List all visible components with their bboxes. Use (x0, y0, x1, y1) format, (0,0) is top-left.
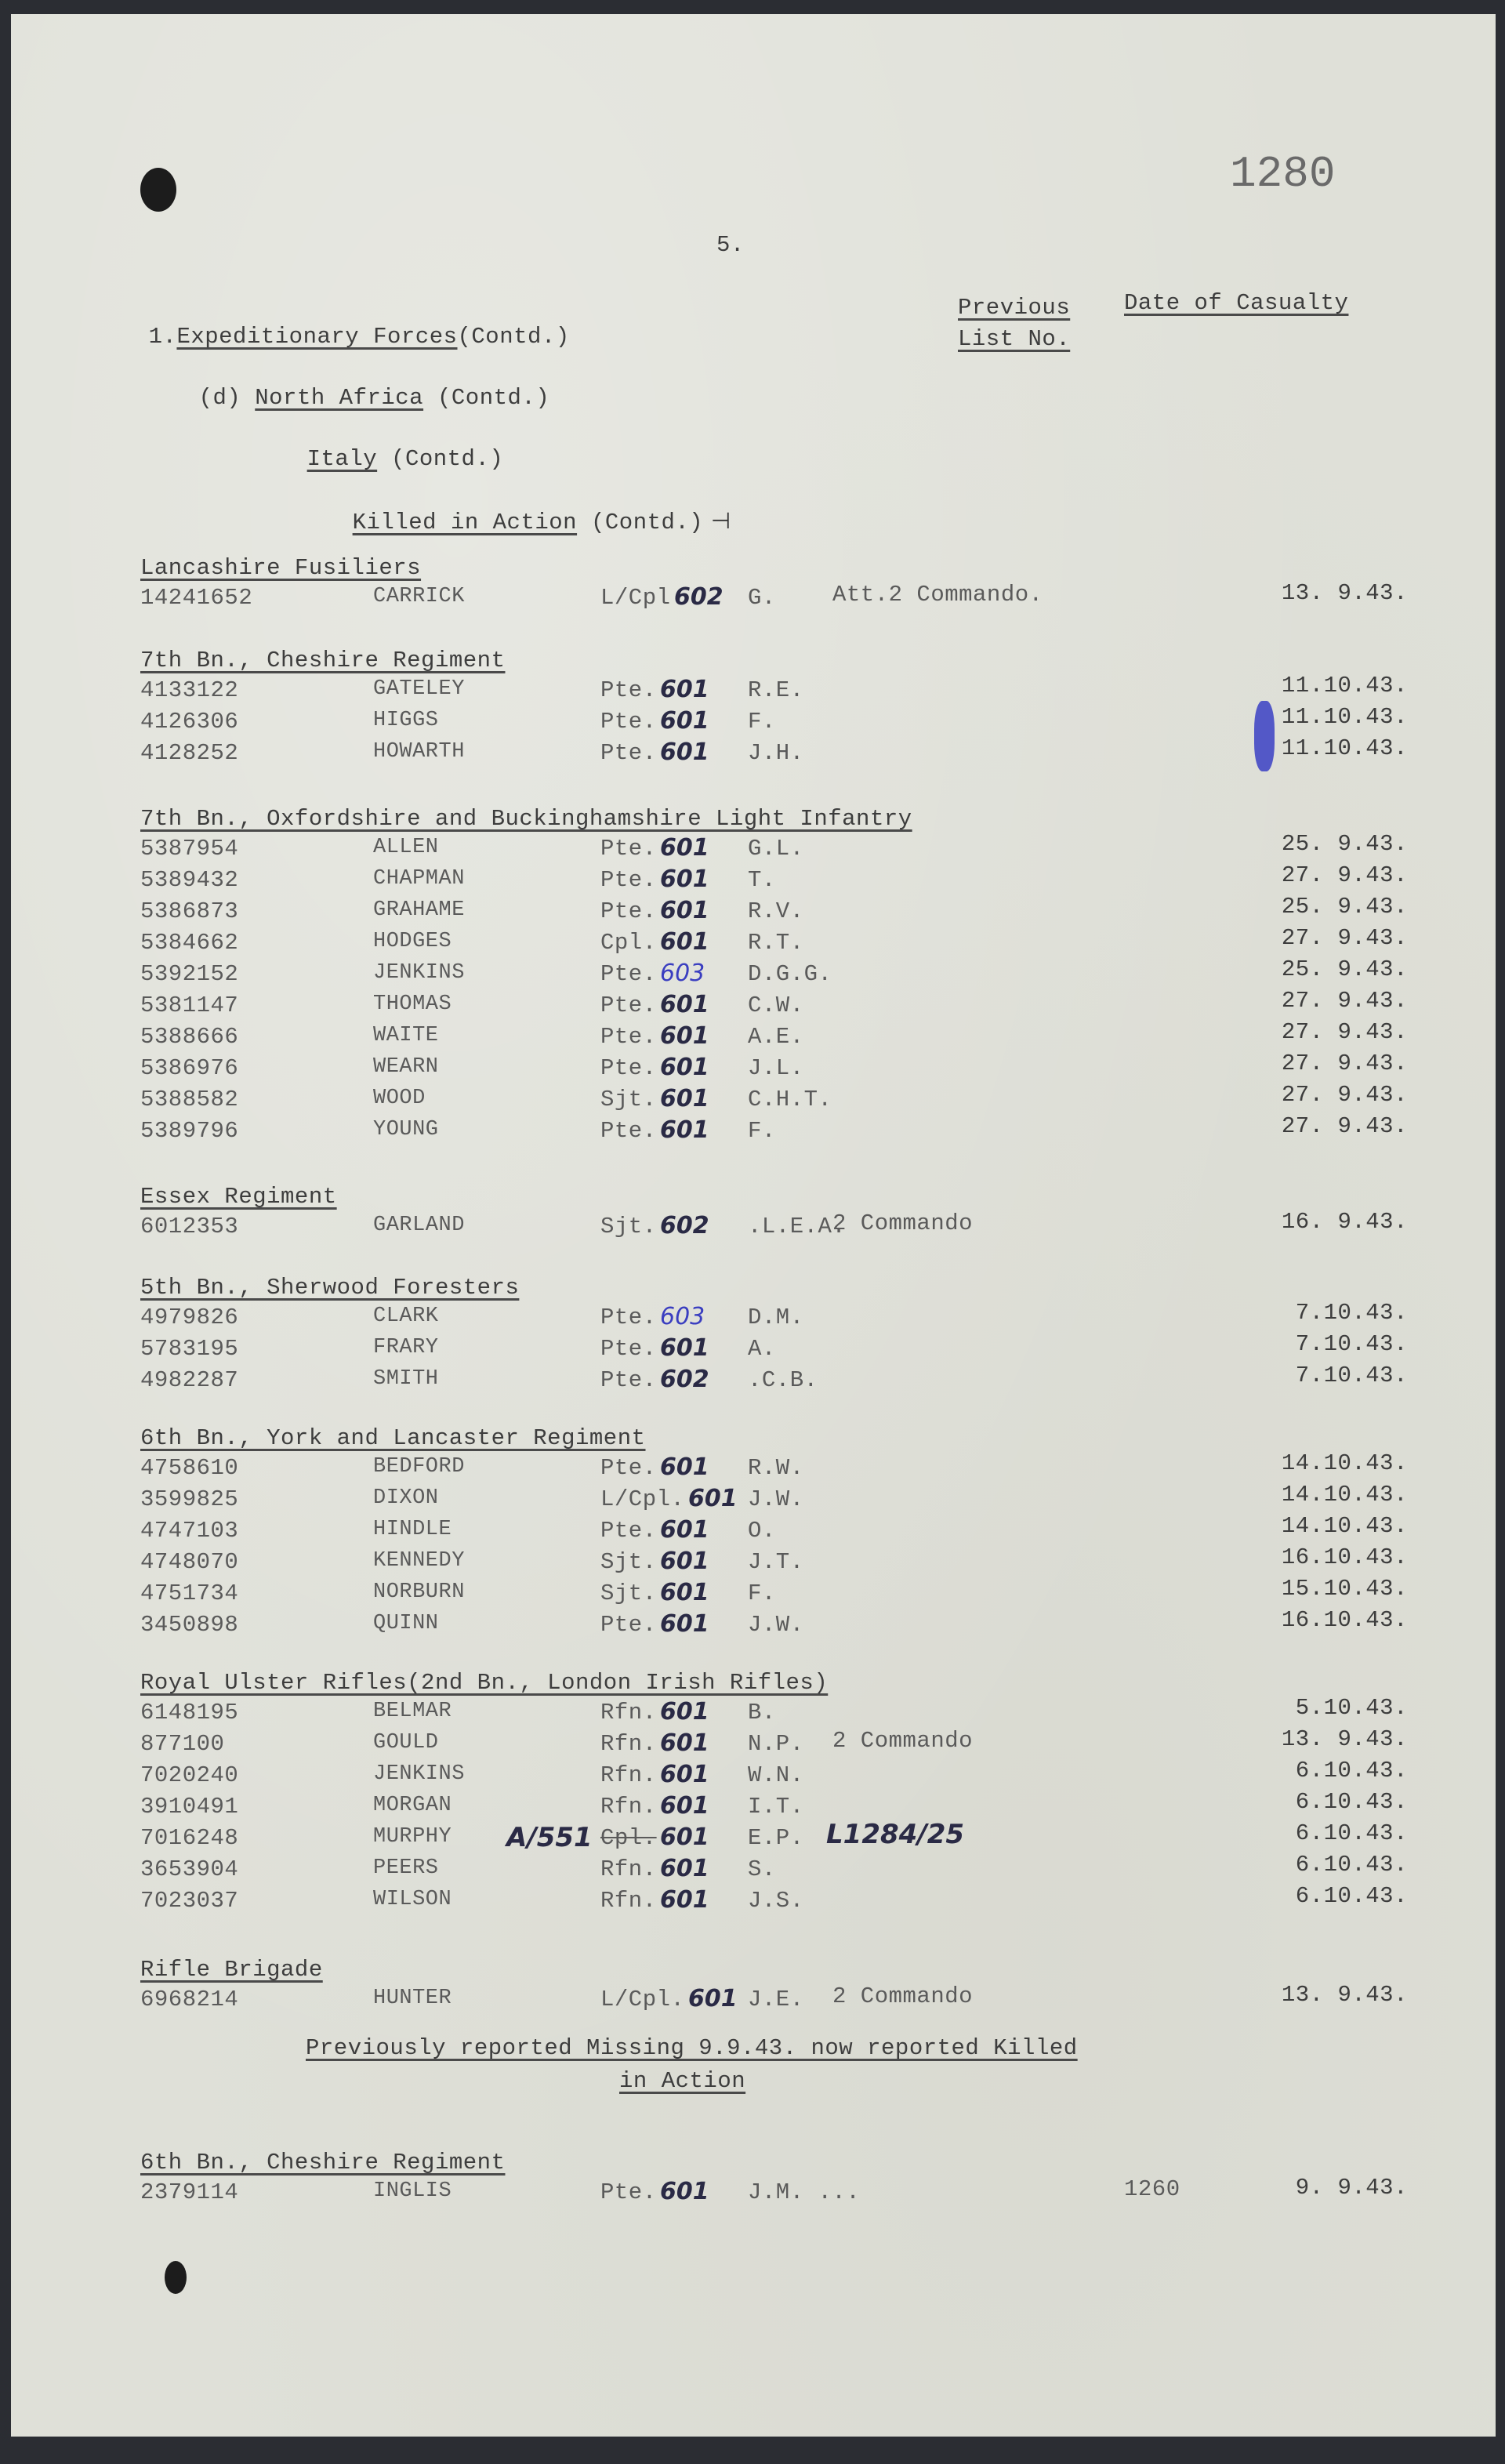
subheading-line1: Previously reported Missing 9.9.43. now … (306, 2035, 1078, 2061)
surname: FRARY (373, 1336, 439, 1359)
surname: YOUNG (373, 1118, 439, 1141)
surname: GARLAND (373, 1214, 465, 1237)
unit-heading: Essex Regiment (140, 1184, 337, 1210)
casualty-date: 6.10.43. (1296, 1789, 1408, 1815)
table-row: 5392152JENKINSPte.603D.G.G.25. 9.43. (11, 961, 1496, 992)
handwritten-code: 601 (660, 707, 709, 735)
casualty-date: 6.10.43. (1296, 1758, 1408, 1784)
handwritten-code: 601 (660, 1855, 709, 1882)
initials: J.M. ... (748, 2179, 860, 2205)
table-row: 877100GOULDRfn.601N.P.2 Commando13. 9.43… (11, 1731, 1496, 1762)
rank: Pte. (600, 836, 657, 862)
casualty-date: 14.10.43. (1282, 1482, 1408, 1508)
handwritten-code: 601 (688, 1485, 738, 1512)
rank: Pte. (600, 1055, 657, 1081)
rank: Rfn. (600, 1731, 657, 1757)
rank: Sjt. (600, 1549, 657, 1575)
surname: GRAHAME (373, 898, 465, 922)
handwritten-code: 601 (660, 1116, 709, 1144)
surname: CLARK (373, 1305, 439, 1328)
surname: HIGGS (373, 709, 439, 732)
note: 2 Commando (832, 1210, 973, 1236)
table-row: 7023037WILSONRfn.601J.S.6.10.43. (11, 1888, 1496, 1919)
handwritten-code: 602 (660, 1212, 709, 1239)
rank: Cpl. (600, 1825, 657, 1851)
rank: Pte. (600, 1612, 657, 1638)
service-number: 6012353 (140, 1214, 238, 1239)
table-row: 4751734NORBURNSjt.601F.15.10.43. (11, 1580, 1496, 1612)
initials: G.L. (748, 836, 804, 862)
handwritten-code: 601 (660, 1579, 709, 1606)
table-row: 5388666WAITEPte.601A.E.27. 9.43. (11, 1024, 1496, 1055)
handwritten-code: 601 (660, 676, 709, 703)
surname: NORBURN (373, 1580, 465, 1604)
initials: F. (748, 1580, 776, 1606)
table-row: 4747103HINDLEPte.601O.14.10.43. (11, 1518, 1496, 1549)
casualty-date: 27. 9.43. (1282, 925, 1408, 951)
casualty-date: 6.10.43. (1296, 1852, 1408, 1878)
unit-heading: 6th Bn., Cheshire Regiment (140, 2150, 505, 2176)
service-number: 4748070 (140, 1549, 238, 1575)
casualty-date: 6.10.43. (1296, 1820, 1408, 1846)
table-row: 4982287SMITHPte.602.C.B.7.10.43. (11, 1367, 1496, 1399)
service-number: 5389796 (140, 1118, 238, 1144)
handwritten-code: 603 (660, 960, 705, 987)
casualty-date: 13. 9.43. (1282, 1726, 1408, 1752)
rank: Pte. (600, 1118, 657, 1144)
handwritten-margin-note: A/551 (506, 1822, 593, 1853)
handwritten-code: 601 (660, 865, 709, 893)
service-number: 5387954 (140, 836, 238, 862)
service-number: 5392152 (140, 961, 238, 987)
handwritten-code: 601 (660, 1792, 709, 1820)
table-row: 5388582WOODSjt.601C.H.T.27. 9.43. (11, 1087, 1496, 1118)
handwritten-code: 603 (660, 1303, 705, 1330)
rank: Pte. (600, 898, 657, 924)
handwritten-code: 601 (660, 834, 709, 862)
casualty-date: 16.10.43. (1282, 1544, 1408, 1570)
table-row: 7020240JENKINSRfn.601W.N.6.10.43. (11, 1762, 1496, 1794)
initials: I.T. (748, 1794, 804, 1820)
rank: Sjt. (600, 1087, 657, 1112)
service-number: 7020240 (140, 1762, 238, 1788)
casualty-date: 27. 9.43. (1282, 1051, 1408, 1076)
service-number: 4758610 (140, 1455, 238, 1481)
initials: F. (748, 709, 776, 735)
handwritten-code: 601 (660, 738, 709, 766)
surname: HINDLE (373, 1518, 451, 1541)
casualty-date: 9. 9.43. (1296, 2175, 1408, 2201)
surname: BELMAR (373, 1700, 451, 1723)
surname: CARRICK (373, 585, 465, 608)
rank: Sjt. (600, 1580, 657, 1606)
initials: G. (748, 585, 776, 611)
initials: E.P. (748, 1825, 804, 1851)
casualty-date: 16. 9.43. (1282, 1209, 1408, 1235)
unit-heading: Rifle Brigade (140, 1957, 323, 1983)
table-row: 4979826CLARKPte.603D.M.7.10.43. (11, 1305, 1496, 1336)
initials: R.W. (748, 1455, 804, 1481)
previous-list-no: 1260 (1124, 2176, 1180, 2202)
initials: F. (748, 1118, 776, 1144)
service-number: 3450898 (140, 1612, 238, 1638)
service-number: 5381147 (140, 992, 238, 1018)
section-title: Expeditionary Forces (176, 324, 457, 350)
service-number: 14241652 (140, 585, 252, 611)
handwritten-code: 602 (660, 1366, 709, 1393)
table-row: 5386976WEARNPte.601J.L.27. 9.43. (11, 1055, 1496, 1087)
rank: Pte. (600, 1367, 657, 1393)
initials: J.W. (748, 1612, 804, 1638)
initials: D.G.G. (748, 961, 832, 987)
service-number: 3910491 (140, 1794, 238, 1820)
surname: GOULD (373, 1731, 439, 1755)
table-row: 3450898QUINNPte.601J.W.16.10.43. (11, 1612, 1496, 1643)
initials: B. (748, 1700, 776, 1726)
initials: J.T. (748, 1549, 804, 1575)
initials: .C.B. (748, 1367, 818, 1393)
rank: Rfn. (600, 1794, 657, 1820)
initials: N.P. (748, 1731, 804, 1757)
initials: R.E. (748, 677, 804, 703)
surname: ALLEN (373, 836, 439, 859)
service-number: 5389432 (140, 867, 238, 893)
surname: BEDFORD (373, 1455, 465, 1479)
initials: T. (748, 867, 776, 893)
handwritten-code: 601 (660, 1729, 709, 1757)
handwritten-code: 601 (660, 1698, 709, 1726)
initials: C.H.T. (748, 1087, 832, 1112)
surname: GATELEY (373, 677, 465, 701)
surname: QUINN (373, 1612, 439, 1635)
table-row: 4133122GATELEYPte.601R.E.11.10.43. (11, 677, 1496, 709)
initials: W.N. (748, 1762, 804, 1788)
table-row: 7016248MURPHYA/551Cpl.601E.P.L1284/256.1… (11, 1825, 1496, 1856)
table-row: 5386873GRAHAMEPte.601R.V.25. 9.43. (11, 898, 1496, 930)
casualty-date: 6.10.43. (1296, 1883, 1408, 1909)
rank: Pte. (600, 2179, 657, 2205)
service-number: 7016248 (140, 1825, 238, 1851)
unit-heading: 7th Bn., Oxfordshire and Buckinghamshire… (140, 806, 912, 832)
initials: A. (748, 1336, 776, 1362)
initials: R.T. (748, 930, 804, 956)
table-row: 3599825DIXONL/Cpl.601J.W.14.10.43. (11, 1486, 1496, 1518)
surname: WAITE (373, 1024, 439, 1047)
casualty-date: 27. 9.43. (1282, 1082, 1408, 1108)
unit-heading: 7th Bn., Cheshire Regiment (140, 648, 505, 673)
unit-heading: Lancashire Fusiliers (140, 555, 421, 581)
table-row: 5389432CHAPMANPte.601T.27. 9.43. (11, 867, 1496, 898)
service-number: 4751734 (140, 1580, 238, 1606)
table-row: 3653904PEERSRfn.601S.6.10.43. (11, 1856, 1496, 1888)
table-row: 5384662HODGESCpl.601R.T.27. 9.43. (11, 930, 1496, 961)
casualty-date: 16.10.43. (1282, 1607, 1408, 1633)
surname: PEERS (373, 1856, 439, 1880)
initials: A.E. (748, 1024, 804, 1050)
casualty-date: 27. 9.43. (1282, 862, 1408, 888)
table-row: 5381147THOMASPte.601C.W.27. 9.43. (11, 992, 1496, 1024)
table-row: 5389796YOUNGPte.601F.27. 9.43. (11, 1118, 1496, 1149)
surname: WILSON (373, 1888, 451, 1911)
surname: INGLIS (373, 2179, 451, 2203)
service-number: 2379114 (140, 2179, 238, 2205)
rank: Cpl. (600, 930, 657, 956)
initials: C.W. (748, 992, 804, 1018)
handwritten-code: 601 (660, 1516, 709, 1544)
rank: Rfn. (600, 1888, 657, 1914)
service-number: 5783195 (140, 1336, 238, 1362)
rank: Pte. (600, 1336, 657, 1362)
handwritten-code: 601 (660, 1453, 709, 1481)
rank: Rfn. (600, 1762, 657, 1788)
rank: Pte. (600, 1305, 657, 1330)
surname: DIXON (373, 1486, 439, 1510)
unit-heading: 6th Bn., York and Lancaster Regiment (140, 1425, 646, 1451)
surname: MURPHY (373, 1825, 451, 1849)
surname: WEARN (373, 1055, 439, 1079)
rank: Pte. (600, 1518, 657, 1544)
rank: Rfn. (600, 1700, 657, 1726)
service-number: 877100 (140, 1731, 224, 1757)
service-number: 5388582 (140, 1087, 238, 1112)
col-previous-list-header: Previous (958, 295, 1070, 321)
service-number: 4979826 (140, 1305, 238, 1330)
initials: D.M. (748, 1305, 804, 1330)
casualty-date: 27. 9.43. (1282, 1019, 1408, 1045)
service-number: 7023037 (140, 1888, 238, 1914)
casualty-date: 13. 9.43. (1282, 580, 1408, 606)
surname: CHAPMAN (373, 867, 465, 891)
casualty-date: 7.10.43. (1296, 1331, 1408, 1357)
category-heading: Killed in Action (Contd.) ⊣ (296, 481, 731, 561)
surname: THOMAS (373, 992, 451, 1016)
handwritten-code: 601 (660, 1824, 709, 1851)
casualty-date: 11.10.43. (1282, 735, 1408, 761)
table-row: 5387954ALLENPte.601G.L.25. 9.43. (11, 836, 1496, 867)
rank: Pte. (600, 740, 657, 766)
casualty-date: 14.10.43. (1282, 1513, 1408, 1539)
initials: S. (748, 1856, 776, 1882)
casualty-date: 13. 9.43. (1282, 1982, 1408, 2008)
unit-heading: 5th Bn., Sherwood Foresters (140, 1275, 519, 1301)
rank: Pte. (600, 961, 657, 987)
casualty-date: 25. 9.43. (1282, 831, 1408, 857)
handwritten-code: 601 (660, 1085, 709, 1112)
col-previous-list-header-2: List No. (958, 326, 1070, 352)
initials: R.V. (748, 898, 804, 924)
rank: Pte. (600, 1455, 657, 1481)
table-row: 4748070KENNEDYSjt.601J.T.16.10.43. (11, 1549, 1496, 1580)
surname: HUNTER (373, 1987, 451, 2010)
handwritten-reference: L1284/25 (826, 1819, 964, 1850)
handwritten-code: 601 (660, 1054, 709, 1081)
service-number: 3599825 (140, 1486, 238, 1512)
service-number: 5386873 (140, 898, 238, 924)
surname: HOWARTH (373, 740, 465, 764)
rank: Rfn. (600, 1856, 657, 1882)
casualty-date: 15.10.43. (1282, 1576, 1408, 1602)
initials: J.E. (748, 1987, 804, 2012)
table-row: 6012353GARLANDSjt.602.L.E.A.2 Commando16… (11, 1214, 1496, 1245)
service-number: 4982287 (140, 1367, 238, 1393)
surname: KENNEDY (373, 1549, 465, 1573)
handwritten-code: 601 (660, 1022, 709, 1050)
rank: Pte. (600, 677, 657, 703)
handwritten-code: 601 (660, 2178, 709, 2205)
service-number: 4128252 (140, 740, 238, 766)
stamp-number: 1280 (1230, 149, 1335, 199)
casualty-date: 7.10.43. (1296, 1300, 1408, 1326)
surname: SMITH (373, 1367, 439, 1391)
rank: Sjt. (600, 1214, 657, 1239)
handwritten-code: 601 (660, 928, 709, 956)
casualty-date: 14.10.43. (1282, 1450, 1408, 1476)
table-row: 14241652CARRICKL/Cpl602G.Att.2 Commando.… (11, 585, 1496, 616)
initials: J.S. (748, 1888, 804, 1914)
rank: Pte. (600, 992, 657, 1018)
table-row: 6968214HUNTERL/Cpl.601J.E.2 Commando13. … (11, 1987, 1496, 2018)
surname: HODGES (373, 930, 451, 953)
table-row: 6148195BELMARRfn.601B.5.10.43. (11, 1700, 1496, 1731)
initials: J.H. (748, 740, 804, 766)
casualty-date: 25. 9.43. (1282, 956, 1408, 982)
table-row: 4758610BEDFORDPte.601R.W.14.10.43. (11, 1455, 1496, 1486)
rank: Pte. (600, 709, 657, 735)
service-number: 5386976 (140, 1055, 238, 1081)
service-number: 6968214 (140, 1987, 238, 2012)
casualty-date: 27. 9.43. (1282, 988, 1408, 1014)
casualty-date: 11.10.43. (1282, 704, 1408, 730)
casualty-date: 27. 9.43. (1282, 1113, 1408, 1139)
handwritten-code: 601 (660, 1886, 709, 1914)
unit-heading: Royal Ulster Rifles(2nd Bn., London Iris… (140, 1670, 828, 1696)
surname: JENKINS (373, 1762, 465, 1786)
note: Att.2 Commando. (832, 582, 1043, 608)
punch-hole-icon (165, 2261, 187, 2294)
handwritten-code: 601 (660, 1334, 709, 1362)
table-row: 5783195FRARYPte.601A.7.10.43. (11, 1336, 1496, 1367)
col-date-header: Date of Casualty (1124, 290, 1348, 316)
casualty-date: 5.10.43. (1296, 1695, 1408, 1721)
ink-blot-icon (1254, 701, 1275, 771)
surname: MORGAN (373, 1794, 451, 1817)
table-row: 2379114INGLISPte.601J.M. ...12609. 9.43. (11, 2179, 1496, 2211)
document-page: 1280 5. 1.Expeditionary Forces(Contd.) (… (11, 14, 1496, 2437)
rank: L/Cpl. (600, 1486, 684, 1512)
service-number: 4747103 (140, 1518, 238, 1544)
subheading-line2: in Action (619, 2068, 745, 2094)
casualty-date: 7.10.43. (1296, 1363, 1408, 1388)
note: 2 Commando (832, 1983, 973, 2009)
handwritten-code: 601 (660, 1548, 709, 1575)
initials: J.L. (748, 1055, 804, 1081)
handwritten-code: 601 (660, 1610, 709, 1638)
rank: Pte. (600, 1024, 657, 1050)
rank: L/Cpl (600, 585, 671, 611)
surname: WOOD (373, 1087, 426, 1110)
service-number: 6148195 (140, 1700, 238, 1726)
table-row: 3910491MORGANRfn.601I.T.6.10.43. (11, 1794, 1496, 1825)
service-number: 4126306 (140, 709, 238, 735)
initials: J.W. (748, 1486, 804, 1512)
casualty-date: 25. 9.43. (1282, 894, 1408, 920)
handwritten-code: 601 (660, 897, 709, 924)
service-number: 5384662 (140, 930, 238, 956)
note: 2 Commando (832, 1728, 973, 1754)
service-number: 3653904 (140, 1856, 238, 1882)
handwritten-code: 601 (660, 1761, 709, 1788)
page-number: 5. (716, 232, 745, 258)
service-number: 4133122 (140, 677, 238, 703)
rank: Pte. (600, 867, 657, 893)
initials: O. (748, 1518, 776, 1544)
casualty-date: 11.10.43. (1282, 673, 1408, 699)
rank: L/Cpl. (600, 1987, 684, 2012)
punch-hole-icon (140, 168, 176, 212)
handwritten-code: 601 (688, 1985, 738, 2012)
surname: JENKINS (373, 961, 465, 985)
initials: .L.E.A. (748, 1214, 846, 1239)
handwritten-code: 601 (660, 991, 709, 1018)
service-number: 5388666 (140, 1024, 238, 1050)
handwritten-code: 602 (674, 583, 723, 611)
